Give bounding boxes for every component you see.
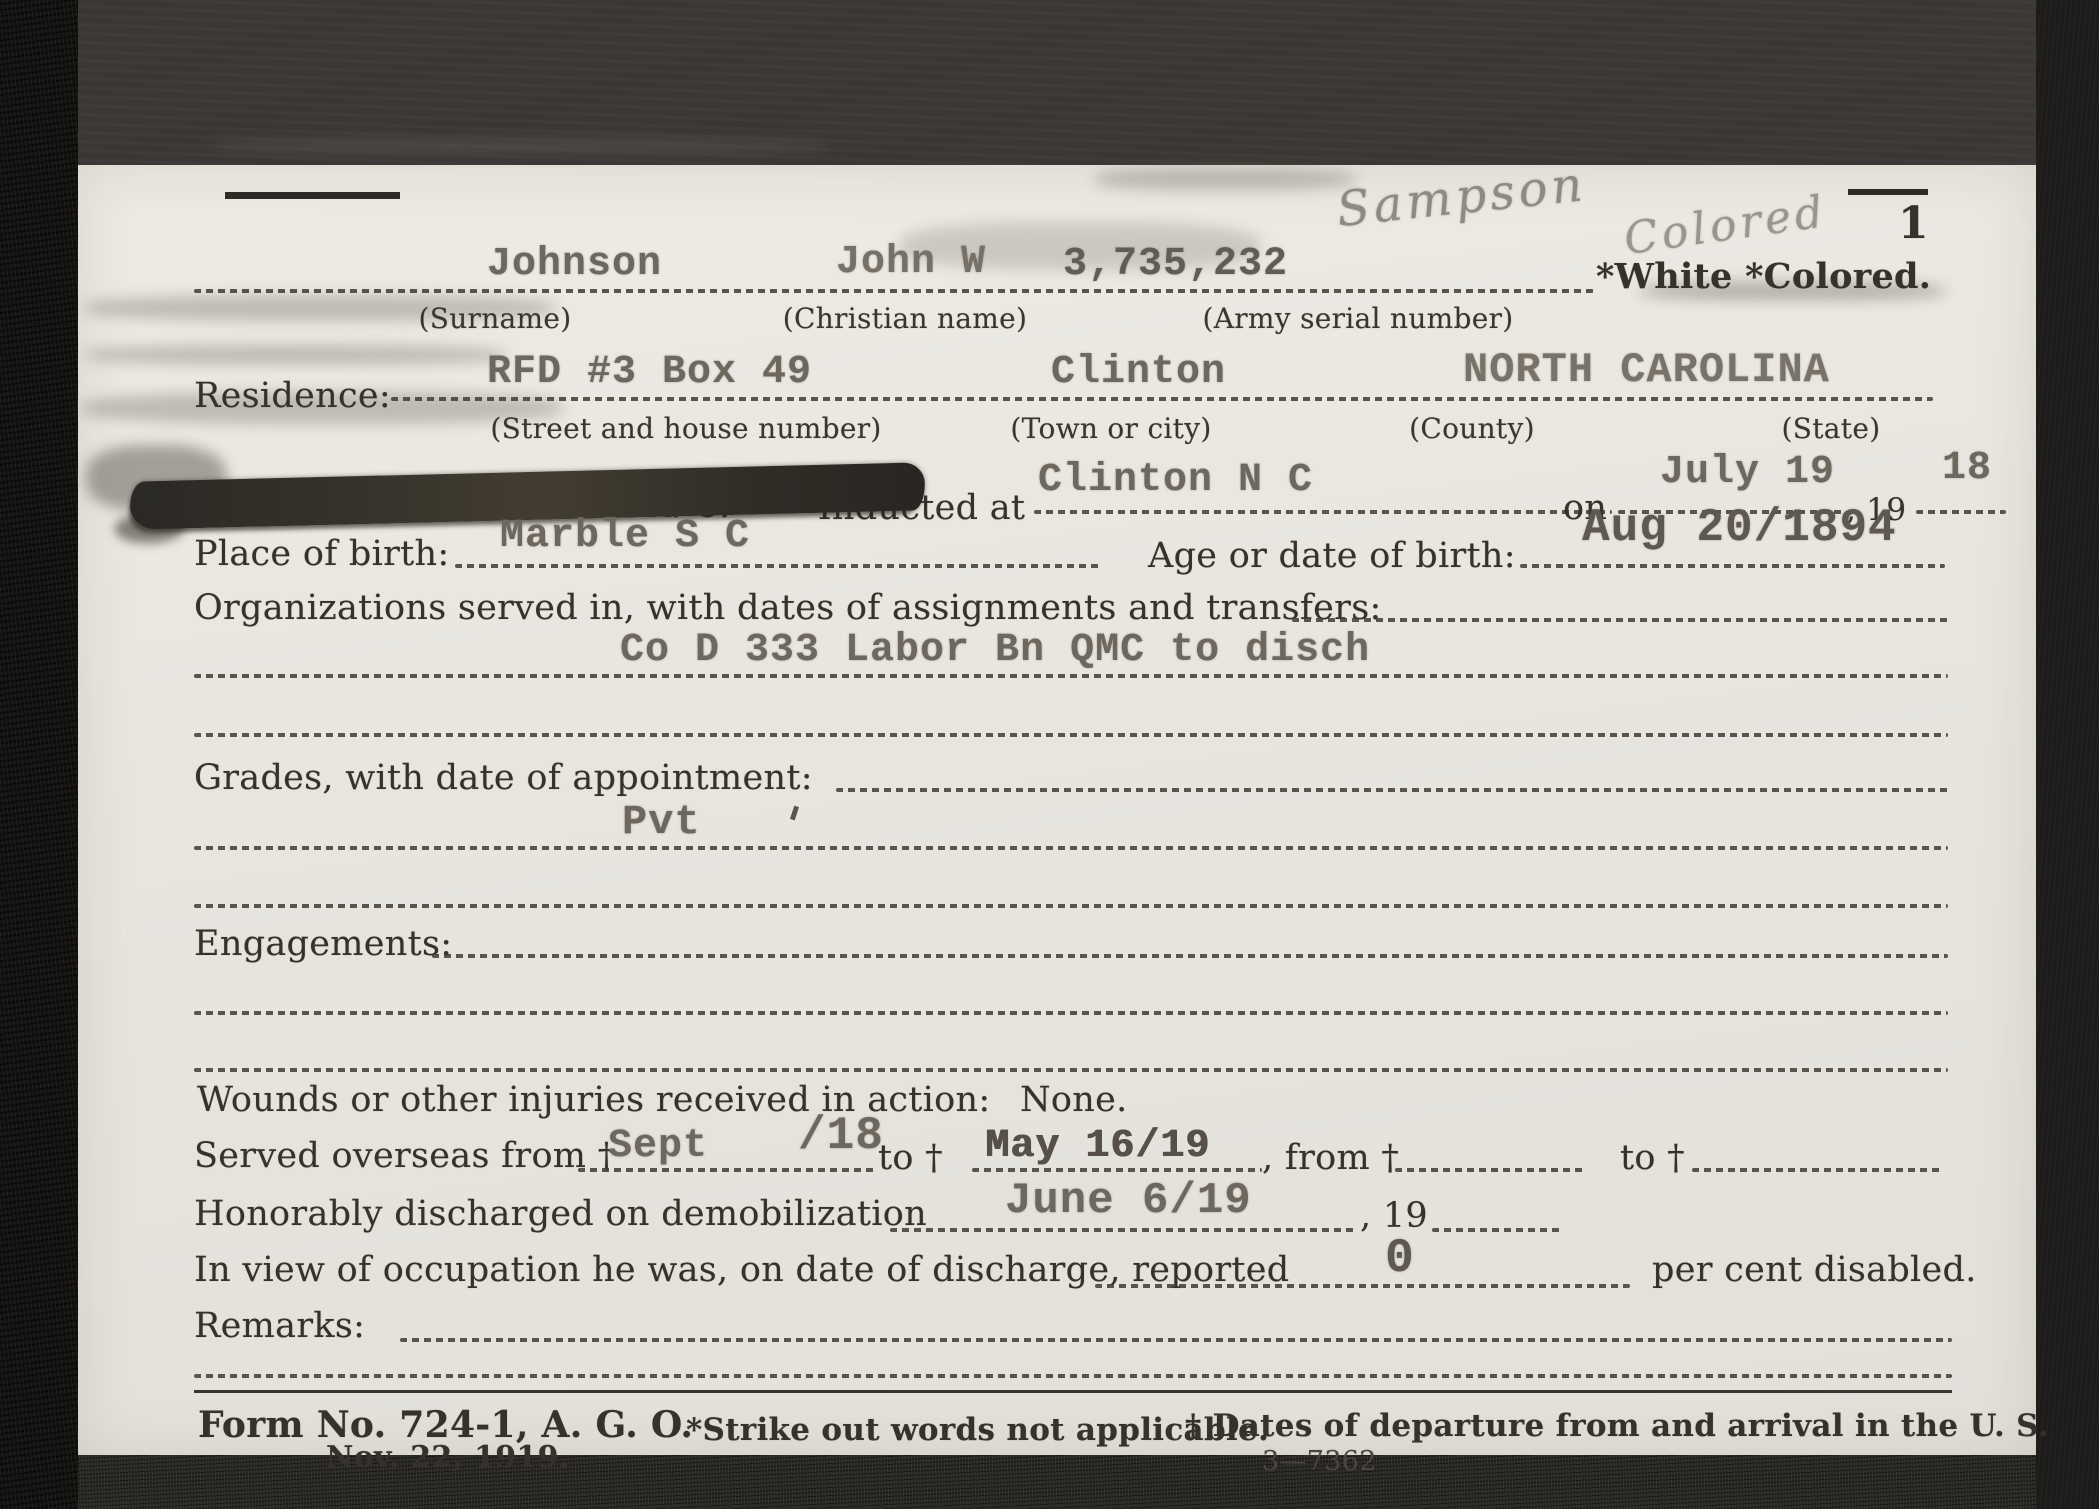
christian-name-value: John W bbox=[836, 240, 986, 285]
birthdate-value: Aug 20/1894 bbox=[1582, 502, 1897, 554]
stray-ink-mark bbox=[225, 192, 400, 199]
dotted-rule-residence bbox=[391, 397, 1933, 401]
dotted-rule-organizations-1 bbox=[194, 674, 1948, 678]
dotted-rule-engagements-tail bbox=[432, 954, 1948, 958]
scan-left-border bbox=[0, 0, 78, 1509]
page-number-line bbox=[1848, 189, 1928, 195]
strike-out-note: *Strike out words not applicable. bbox=[686, 1412, 1269, 1448]
inducted-date-value: July 19 bbox=[1660, 450, 1835, 495]
dotted-rule-overseas-from2 bbox=[1395, 1168, 1585, 1172]
dotted-rule-remarks bbox=[400, 1338, 1952, 1342]
dotted-rule-engagements-2 bbox=[194, 1068, 1948, 1072]
discharge-date-value: June 6/19 bbox=[1005, 1176, 1252, 1226]
dotted-rule-overseas-to bbox=[972, 1168, 1262, 1172]
residence-town-value: Clinton bbox=[1051, 350, 1226, 395]
scan-right-border bbox=[2036, 0, 2099, 1509]
dagger-note: † Dates of departure from and arrival in… bbox=[1185, 1408, 2049, 1444]
remarks-label: Remarks: bbox=[194, 1306, 365, 1346]
label-street: (Street and house number) bbox=[490, 412, 881, 445]
dotted-rule-discharge-date bbox=[890, 1228, 1355, 1232]
disability-percent-value: 0 bbox=[1385, 1232, 1415, 1286]
dotted-rule-overseas-to2 bbox=[1692, 1168, 1942, 1172]
organizations-label: Organizations served in, with dates of a… bbox=[194, 588, 1382, 628]
dotted-rule-inducted-place bbox=[1034, 510, 1612, 514]
inducted-place-value: Clinton N C bbox=[1038, 458, 1313, 503]
scanned-service-record: Johnson John W 3,735,232 Sampson Colored… bbox=[0, 0, 2099, 1509]
label-county: (County) bbox=[1409, 412, 1535, 445]
dotted-rule-name bbox=[194, 289, 1594, 293]
pencil-smudge bbox=[1095, 168, 1355, 190]
footer-divider-line bbox=[194, 1390, 1952, 1393]
dotted-rule-birthdate bbox=[1520, 564, 1945, 568]
overseas-from-year-value: /18 bbox=[798, 1110, 884, 1162]
place-of-birth-label: Place of birth: bbox=[194, 534, 449, 574]
place-of-birth-value: Marble S C bbox=[500, 514, 750, 559]
dotted-rule-grades-2 bbox=[194, 904, 1948, 908]
age-or-birthdate-label: Age or date of birth: bbox=[1148, 536, 1516, 576]
serial-number-value: 3,735,232 bbox=[1063, 242, 1288, 287]
label-state: (State) bbox=[1782, 412, 1881, 445]
grades-value: Pvt bbox=[622, 798, 701, 846]
pencil-smudge bbox=[210, 140, 830, 152]
dotted-rule-disability bbox=[1095, 1284, 1630, 1288]
race-options: *White *Colored. bbox=[1596, 256, 1931, 297]
form-date: Nov. 22, 1919. bbox=[326, 1440, 570, 1475]
dotted-rule-inducted-year bbox=[1916, 510, 2006, 514]
residence-state-value: NORTH CAROLINA bbox=[1463, 346, 1830, 394]
overseas-from2-label: , from † bbox=[1262, 1138, 1399, 1178]
discharge-year-prefix: , 19 bbox=[1360, 1196, 1428, 1236]
pencil-smudge bbox=[85, 345, 505, 365]
grades-label: Grades, with date of appointment: bbox=[194, 758, 813, 798]
dotted-rule-bottom bbox=[194, 1374, 1952, 1378]
print-code: 3—7362 bbox=[1262, 1446, 1377, 1477]
disability-suffix: per cent disabled. bbox=[1652, 1250, 1977, 1290]
label-surname: (Surname) bbox=[419, 302, 572, 335]
overseas-from-value: Sept bbox=[608, 1124, 708, 1169]
surname-value: Johnson bbox=[487, 242, 662, 287]
dotted-rule-organizations-2 bbox=[194, 733, 1948, 737]
dotted-rule-grades-1 bbox=[194, 846, 1948, 850]
wounds-value: None. bbox=[1020, 1080, 1128, 1120]
dotted-rule-organizations-tail bbox=[1292, 618, 1948, 622]
overseas-to-label: to † bbox=[878, 1138, 943, 1178]
label-christian-name: (Christian name) bbox=[783, 302, 1028, 335]
served-overseas-label: Served overseas from † bbox=[194, 1136, 616, 1176]
dotted-rule-grades-tail bbox=[836, 788, 1948, 792]
dotted-rule-place-of-birth bbox=[455, 564, 1100, 568]
dotted-rule-overseas-from bbox=[578, 1168, 878, 1172]
residence-label: Residence: bbox=[194, 376, 391, 416]
organizations-value: Co D 333 Labor Bn QMC to disch bbox=[620, 628, 1370, 673]
overseas-to2-label: to † bbox=[1620, 1138, 1685, 1178]
overseas-to-value: May 16/19 bbox=[985, 1124, 1210, 1169]
inducted-year-value: 18 bbox=[1942, 446, 1992, 491]
label-serial-number: (Army serial number) bbox=[1202, 302, 1513, 335]
dotted-rule-discharge-year bbox=[1432, 1228, 1560, 1232]
residence-street-value: RFD #3 Box 49 bbox=[487, 350, 812, 395]
label-town: (Town or city) bbox=[1010, 412, 1211, 445]
page-number: 1 bbox=[1898, 198, 1929, 249]
dotted-rule-engagements-1 bbox=[194, 1011, 1948, 1015]
discharge-label: Honorably discharged on demobilization bbox=[194, 1194, 927, 1234]
engagements-label: Engagements: bbox=[194, 924, 452, 964]
